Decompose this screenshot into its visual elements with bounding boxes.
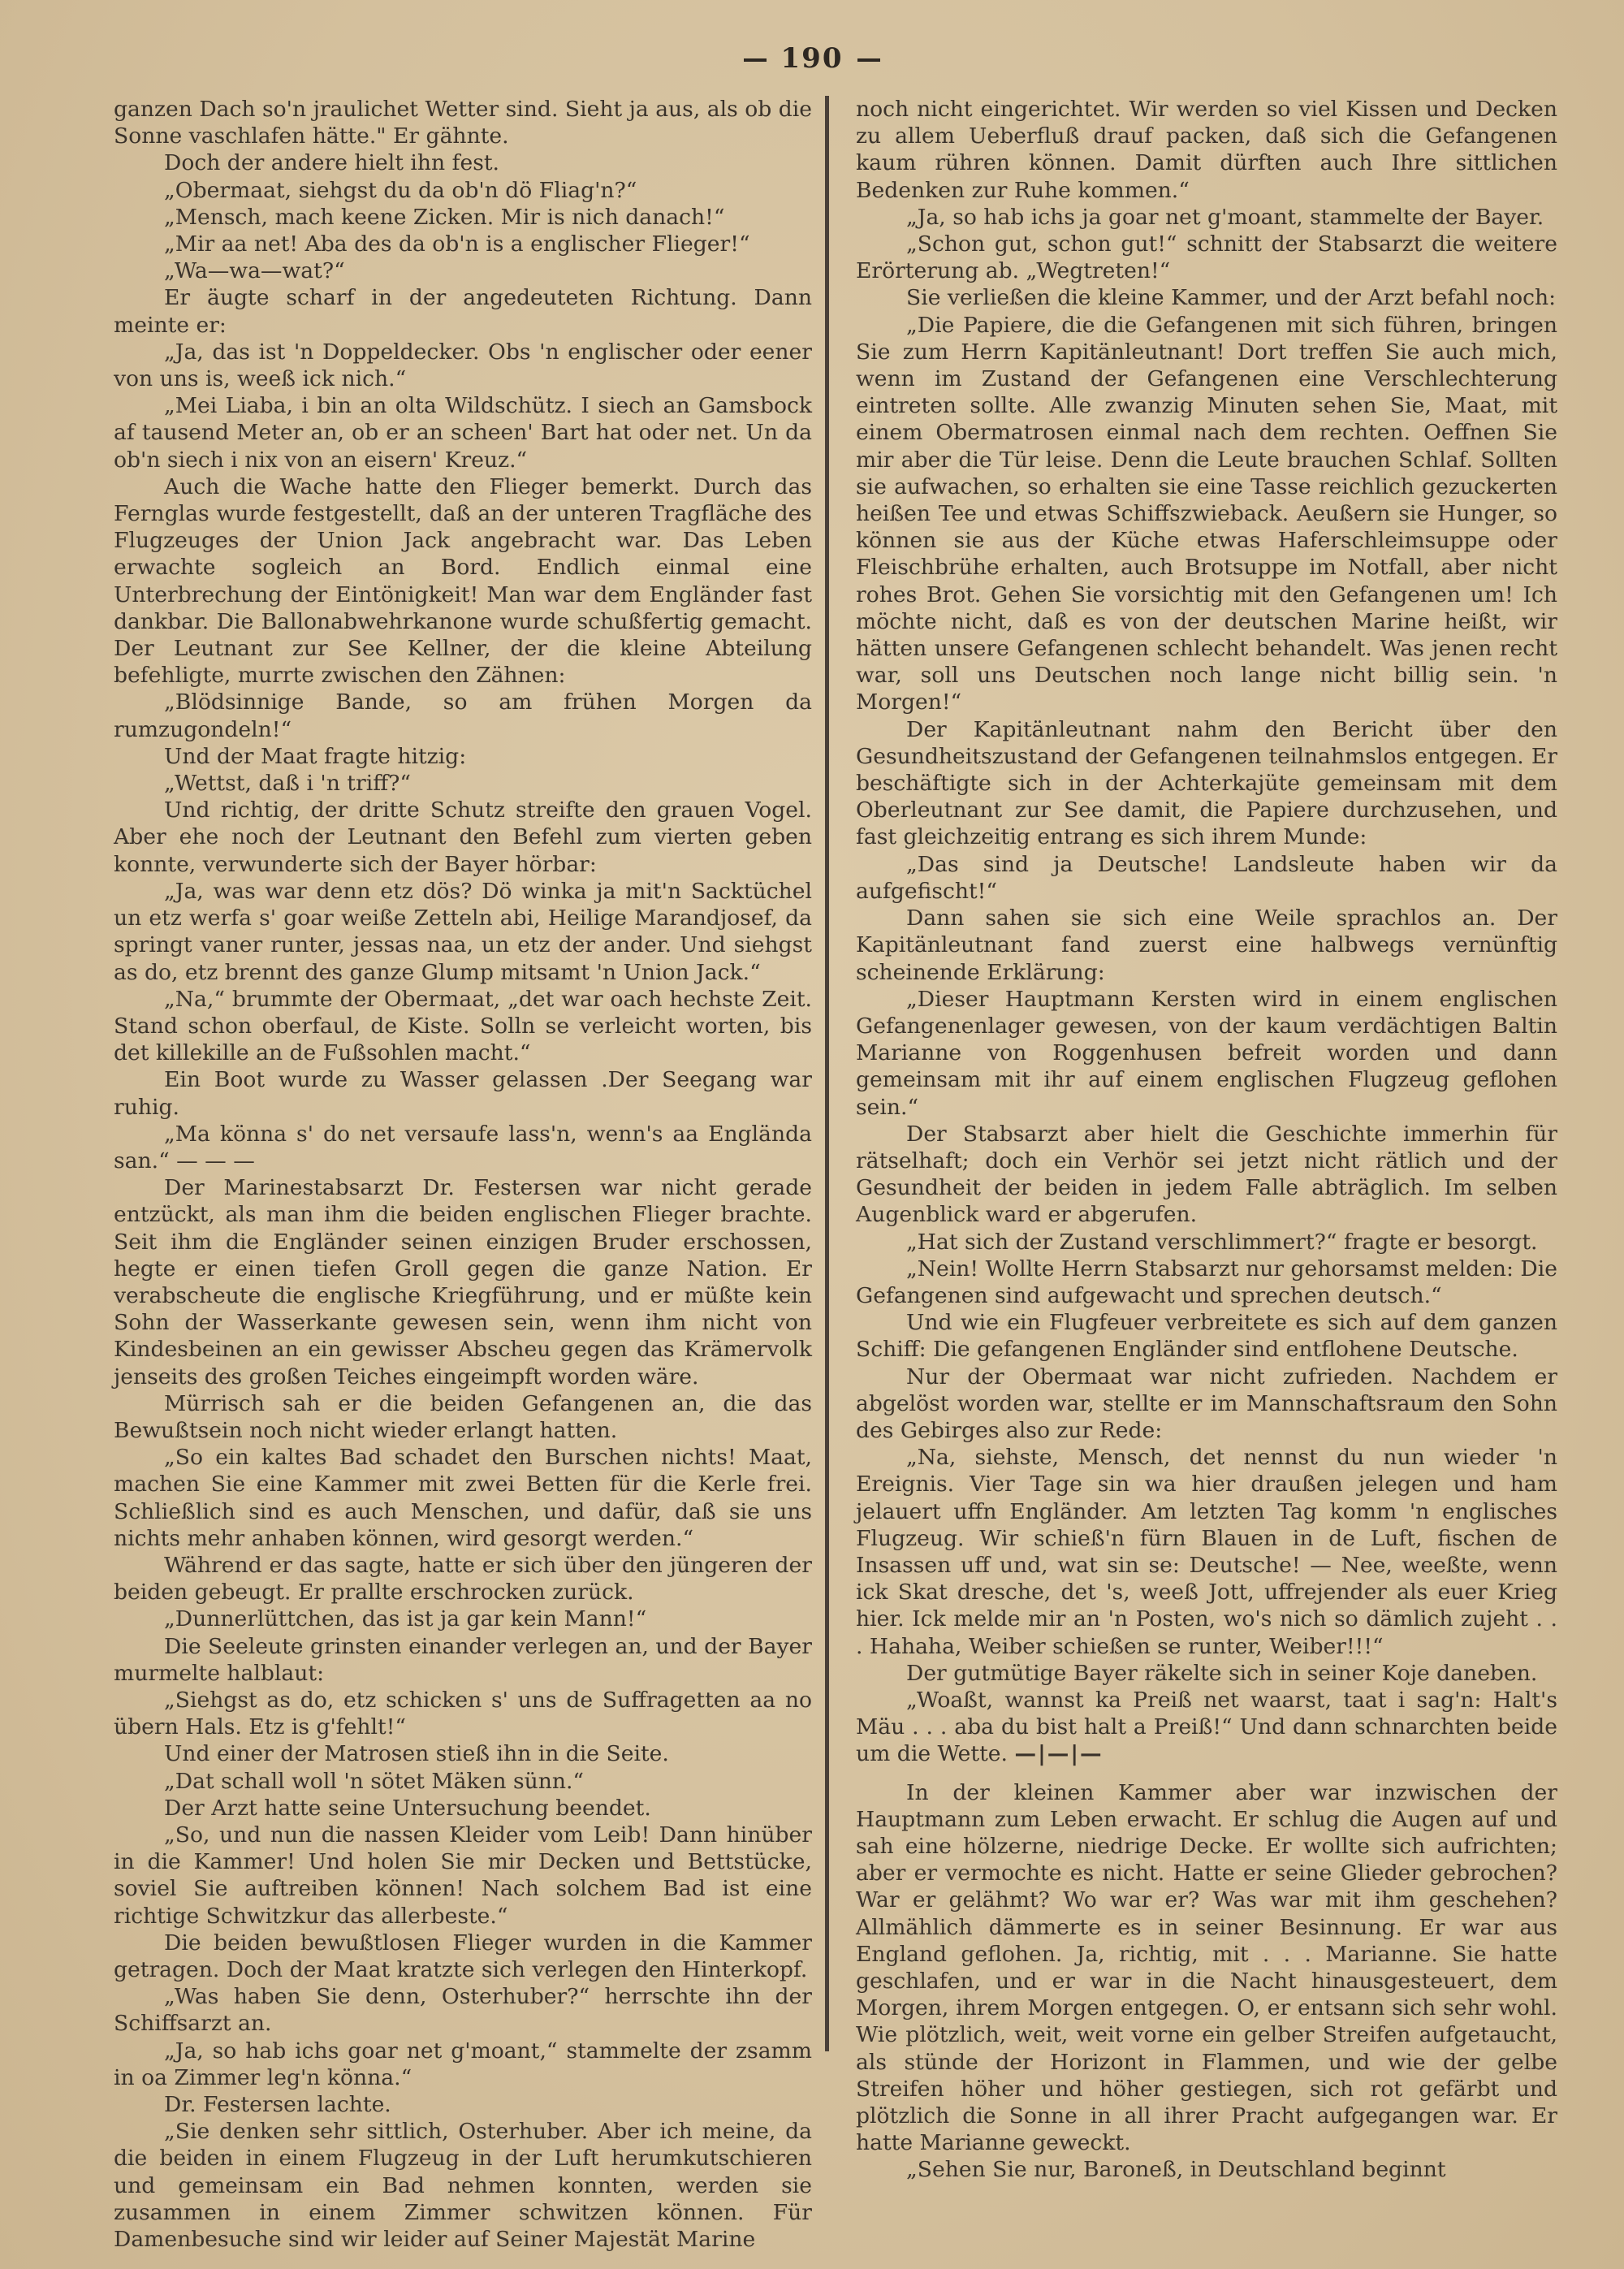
- paragraph: „Siehgst as do, etz schicken s' uns de S…: [114, 1687, 812, 1740]
- paragraph: Nur der Obermaat war nicht zufrieden. Na…: [856, 1364, 1557, 1445]
- paragraph: Auch die Wache hatte den Flieger bemerkt…: [114, 473, 812, 689]
- paragraph: „Sie denken sehr sittlich, Osterhuber. A…: [114, 2118, 812, 2253]
- paragraph: Sie verließen die kleine Kammer, und der…: [856, 284, 1557, 311]
- paragraph: „Was haben Sie denn, Osterhuber?“ herrsc…: [114, 1983, 812, 2037]
- paragraph: Der gutmütige Bayer räkelte sich in sein…: [856, 1660, 1557, 1687]
- paragraph: Die Seeleute grinsten einander verlegen …: [114, 1633, 812, 1687]
- paragraph: Der Arzt hatte seine Untersuchung beende…: [114, 1795, 812, 1822]
- paragraph: „Sehen Sie nur, Baroneß, in Deutschland …: [856, 2156, 1557, 2183]
- paragraph: „So, und nun die nassen Kleider vom Leib…: [114, 1822, 812, 1930]
- paragraph: „Mei Liaba, i bin an olta Wildschütz. I …: [114, 392, 812, 473]
- paragraph: „Woaßt, wannst ka Preiß net waarst, taat…: [856, 1687, 1557, 1768]
- paragraph-text: „Woaßt, wannst ka Preiß net waarst, taat…: [856, 1688, 1557, 1766]
- paragraph: „Na,“ brummte der Obermaat, „det war oac…: [114, 986, 812, 1067]
- paragraph: „Das sind ja Deutsche! Landsleute haben …: [856, 851, 1557, 905]
- section-break-ornament: —|—|—: [1014, 1741, 1103, 1766]
- paragraph: Und der Maat fragte hitzig:: [114, 743, 812, 770]
- paragraph: „So ein kaltes Bad schadet den Burschen …: [114, 1444, 812, 1552]
- paragraph: „Die Papiere, die die Gefangenen mit sic…: [856, 312, 1557, 716]
- paragraph: Und wie ein Flugfeuer verbreitete es sic…: [856, 1309, 1557, 1363]
- paragraph: Während er das sagte, hatte er sich über…: [114, 1552, 812, 1606]
- paragraph: „Obermaat, siehgst du da ob'n dö Fliag'n…: [114, 177, 812, 204]
- paragraph: „Mir aa net! Aba des da ob'n is a englis…: [114, 231, 812, 257]
- paragraph: Der Marinestabsarzt Dr. Festersen war ni…: [114, 1174, 812, 1390]
- paragraph: „Schon gut, schon gut!“ schnitt der Stab…: [856, 231, 1557, 284]
- right-column: noch nicht eingerichtet. Wir werden so v…: [844, 96, 1557, 2184]
- header-dash-right: [857, 58, 880, 62]
- paragraph: „Ja, das ist 'n Doppeldecker. Obs 'n eng…: [114, 339, 812, 392]
- paragraph: „Dunnerlüttchen, das ist ja gar kein Man…: [114, 1606, 812, 1632]
- paragraph: Mürrisch sah er die beiden Gefangenen an…: [114, 1390, 812, 1444]
- paragraph: Ein Boot wurde zu Wasser gelassen .Der S…: [114, 1066, 812, 1120]
- paragraph: Dr. Festersen lachte.: [114, 2091, 812, 2118]
- paragraph: „Nein! Wollte Herrn Stabsarzt nur gehors…: [856, 1256, 1557, 1309]
- paragraph: Er äugte scharf in der angedeuteten Rich…: [114, 284, 812, 338]
- paragraph: „Blödsinnige Bande, so am frühen Morgen …: [114, 689, 812, 742]
- paragraph: Doch der andere hielt ihn fest.: [114, 149, 812, 176]
- paragraph: „Ja, so hab ichs goar net g'moant,“ stam…: [114, 2038, 812, 2091]
- page-number: 190: [781, 42, 844, 75]
- paragraph: „Ja, was war denn etz dös? Dö winka ja m…: [114, 878, 812, 986]
- left-column: ganzen Dach so'n jraulichet Wetter sind.…: [114, 96, 812, 2253]
- page-header: 190: [0, 42, 1624, 75]
- paragraph: „Wa—wa—wat?“: [114, 257, 812, 284]
- paragraph: Der Kapitänleutnant nahm den Bericht übe…: [856, 716, 1557, 851]
- paragraph: Der Stabsarzt aber hielt die Geschichte …: [856, 1121, 1557, 1229]
- paragraph: Und einer der Matrosen stieß ihn in die …: [114, 1740, 812, 1767]
- paragraph: „Dat schall woll 'n sötet Mäken sünn.“: [114, 1768, 812, 1795]
- paragraph: „Na, siehste, Mensch, det nennst du nun …: [856, 1444, 1557, 1660]
- paragraph: In der kleinen Kammer aber war inzwische…: [856, 1779, 1557, 2157]
- paragraph: Und richtig, der dritte Schutz streifte …: [114, 797, 812, 878]
- paragraph: Die beiden bewußtlosen Flieger wurden in…: [114, 1930, 812, 1983]
- paragraph: ganzen Dach so'n jraulichet Wetter sind.…: [114, 96, 812, 149]
- paragraph: „Ma könna s' do net versaufe lass'n, wen…: [114, 1121, 812, 1174]
- paragraph: „Hat sich der Zustand verschlimmert?“ fr…: [856, 1229, 1557, 1256]
- paragraph: „Ja, so hab ichs ja goar net g'moant, st…: [856, 204, 1557, 231]
- paragraph: noch nicht eingerichtet. Wir werden so v…: [856, 96, 1557, 204]
- paragraph: „Dieser Hauptmann Kersten wird in einem …: [856, 986, 1557, 1121]
- paragraph: „Wettst, daß i 'n triff?“: [114, 770, 812, 797]
- header-dash-left: [744, 58, 767, 62]
- paragraph: „Mensch, mach keene Zicken. Mir is nich …: [114, 204, 812, 231]
- paragraph: Dann sahen sie sich eine Weile sprachlos…: [856, 905, 1557, 986]
- column-divider: [825, 96, 829, 2051]
